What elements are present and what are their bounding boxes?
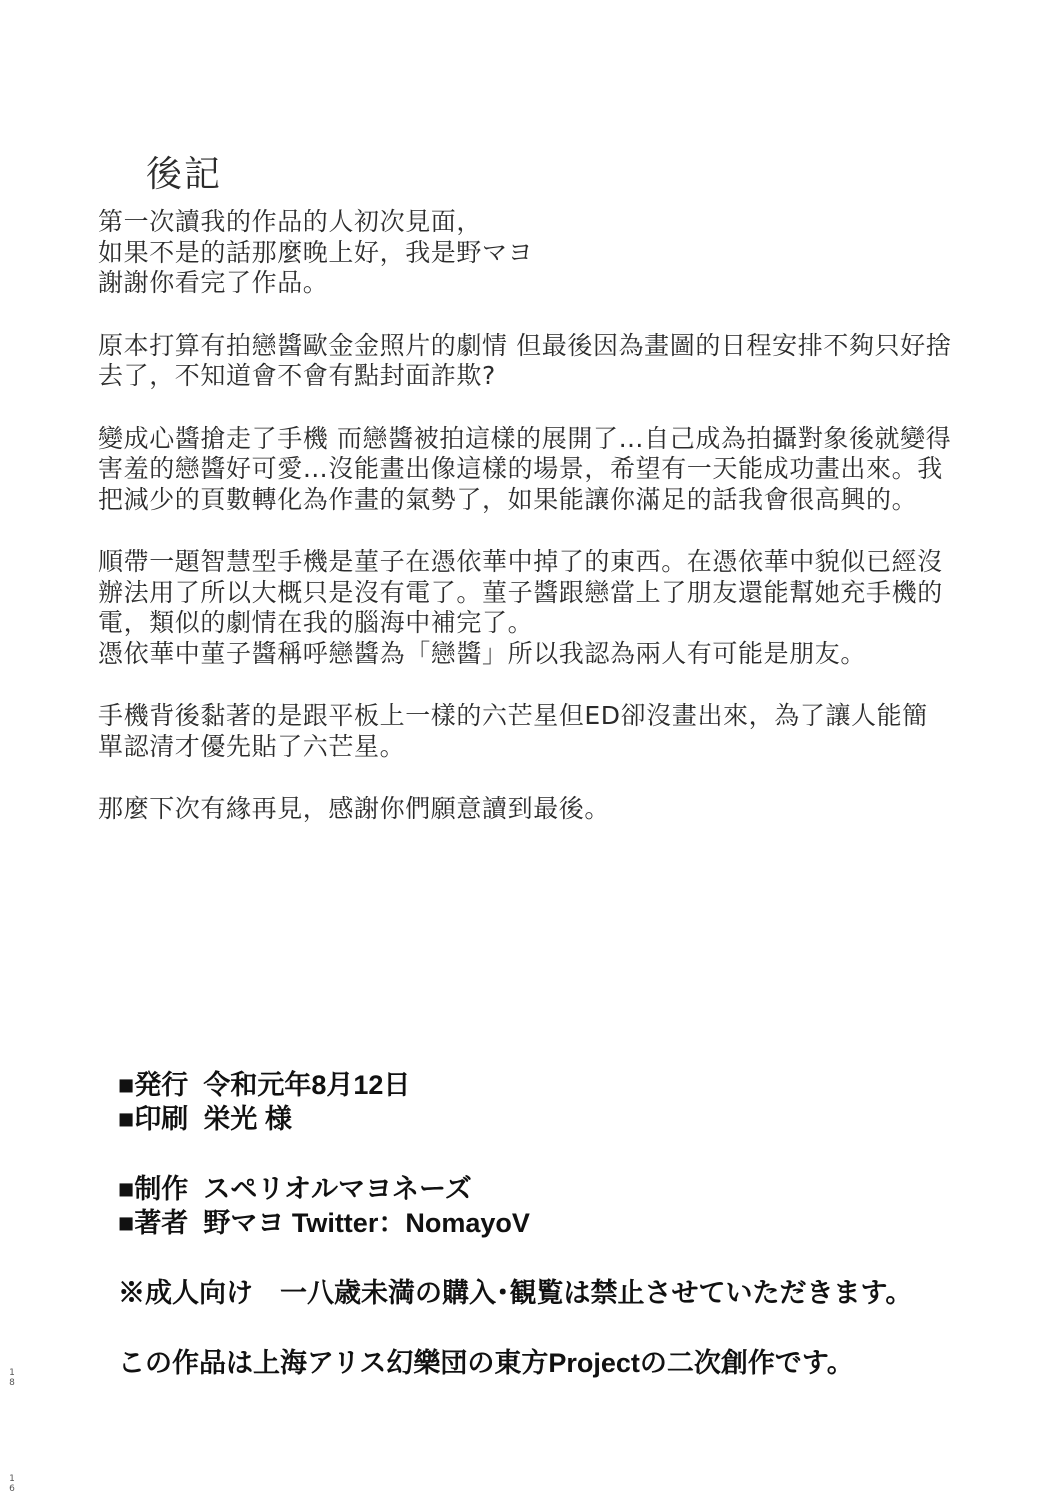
text-line: 那麼下次有緣再見，感謝你們願意讀到最後。 bbox=[98, 794, 1018, 825]
colophon-line-circle: ■制作 スペリオルマヨネーズ bbox=[118, 1172, 1018, 1206]
marker-digit: 6 bbox=[8, 1484, 16, 1494]
text-line: 辦法用了所以大概只是沒有電了。菫子醬跟戀當上了朋友還能幫她充手機的 bbox=[98, 578, 1018, 609]
text-line: 把減少的頁數轉化為作畫的氣勢了，如果能讓你滿足的話我會很高興的。 bbox=[98, 485, 1018, 516]
text-line: 謝謝你看完了作品。 bbox=[98, 268, 1018, 299]
text-line: 手機背後黏著的是跟平板上一樣的六芒星但ED卻沒畫出來，為了讓人能簡 bbox=[98, 701, 1018, 732]
square-bullet-icon: ■ bbox=[118, 1104, 134, 1134]
text-line: 單認清才優先貼了六芒星。 bbox=[98, 732, 1018, 763]
text-line: 原本打算有拍戀醬歐金金照片的劇情 但最後因為畫圖的日程安排不夠只好捨 bbox=[98, 331, 1018, 362]
paragraph-smartphone-note: 順帶一題智慧型手機是菫子在憑依華中掉了的東西。在憑依華中貌似已經沒 辦法用了所以… bbox=[98, 547, 1018, 669]
marker-digit: 1 bbox=[8, 1474, 16, 1484]
creator-info: ■制作 スペリオルマヨネーズ ■著者 野マヨ Twitter：NomayoV bbox=[118, 1172, 1018, 1240]
colophon-line-printer: ■印刷 栄光 様 bbox=[118, 1102, 1018, 1136]
text-line: 憑依華中菫子醬稱呼戀醬為「戀醬」所以我認為兩人有可能是朋友。 bbox=[98, 639, 1018, 670]
colophon-line-publish-date: ■発行 令和元年8月12日 bbox=[118, 1068, 1018, 1102]
paragraph-greeting: 第一次讀我的作品的人初次見面， 如果不是的話那麼晚上好，我是野マヨ 謝謝你看完了… bbox=[98, 207, 1018, 299]
publication-info: ■発行 令和元年8月12日 ■印刷 栄光 様 bbox=[118, 1068, 1018, 1136]
text-line: 變成心醬搶走了手機 而戀醬被拍這樣的展開了…自己成為拍攝對象後就變得 bbox=[98, 424, 1018, 455]
paragraph-hexagram-note: 手機背後黏著的是跟平板上一樣的六芒星但ED卻沒畫出來，為了讓人能簡 單認清才優先… bbox=[98, 701, 1018, 762]
afterword-body: 第一次讀我的作品的人初次見面， 如果不是的話那麼晚上好，我是野マヨ 謝謝你看完了… bbox=[98, 207, 1018, 857]
text-line: 去了，不知道會不會有點封面詐欺? bbox=[98, 361, 1018, 392]
marker-digit: 1 bbox=[8, 1368, 16, 1378]
text-line: 第一次讀我的作品的人初次見面， bbox=[98, 207, 1018, 238]
colophon-label: 発行 bbox=[134, 1070, 188, 1100]
paragraph-farewell: 那麼下次有緣再見，感謝你們願意讀到最後。 bbox=[98, 794, 1018, 825]
text-line: 如果不是的話那麼晚上好，我是野マヨ bbox=[98, 238, 1018, 269]
text-line: 電，類似的劇情在我的腦海中補完了。 bbox=[98, 608, 1018, 639]
colophon-value: スペリオルマヨネーズ bbox=[203, 1174, 471, 1204]
marker-digit: 8 bbox=[8, 1378, 16, 1388]
afterword-page: 後記 第一次讀我的作品的人初次見面， 如果不是的話那麼晚上好，我是野マヨ 謝謝你… bbox=[0, 0, 1062, 1500]
page-number-marker: 1 6 bbox=[8, 1474, 16, 1494]
colophon-value: 令和元年8月12日 bbox=[203, 1070, 410, 1100]
square-bullet-icon: ■ bbox=[118, 1174, 134, 1204]
square-bullet-icon: ■ bbox=[118, 1208, 134, 1238]
text-line: 害羞的戀醬好可愛…沒能畫出像這樣的場景，希望有一天能成功畫出來。我 bbox=[98, 454, 1018, 485]
colophon-label: 著者 bbox=[134, 1208, 188, 1238]
colophon-label: 印刷 bbox=[134, 1104, 188, 1134]
text-line: 順帶一題智慧型手機是菫子在憑依華中掉了的東西。在憑依華中貌似已經沒 bbox=[98, 547, 1018, 578]
afterword-title: 後記 bbox=[146, 150, 222, 200]
adult-content-notice: ※成人向け 一八歳未満の購入･観覧は禁止させていただきます。 bbox=[118, 1276, 1018, 1310]
colophon-value: 栄光 様 bbox=[203, 1104, 292, 1134]
colophon-value: 野マヨ Twitter：NomayoV bbox=[203, 1208, 530, 1238]
colophon-line-author: ■著者 野マヨ Twitter：NomayoV bbox=[118, 1206, 1018, 1240]
paragraph-story-change: 變成心醬搶走了手機 而戀醬被拍這樣的展開了…自己成為拍攝對象後就變得 害羞的戀醬… bbox=[98, 424, 1018, 516]
square-bullet-icon: ■ bbox=[118, 1070, 134, 1100]
derivative-work-notice: この作品は上海アリス幻樂団の東方Projectの二次創作です。 bbox=[118, 1346, 1018, 1380]
paragraph-original-plan: 原本打算有拍戀醬歐金金照片的劇情 但最後因為畫圖的日程安排不夠只好捨 去了，不知… bbox=[98, 331, 1018, 392]
colophon: ■発行 令和元年8月12日 ■印刷 栄光 様 ■制作 スペリオルマヨネーズ ■著… bbox=[118, 1068, 1018, 1380]
colophon-label: 制作 bbox=[134, 1174, 188, 1204]
page-number-marker: 1 8 bbox=[8, 1368, 16, 1388]
